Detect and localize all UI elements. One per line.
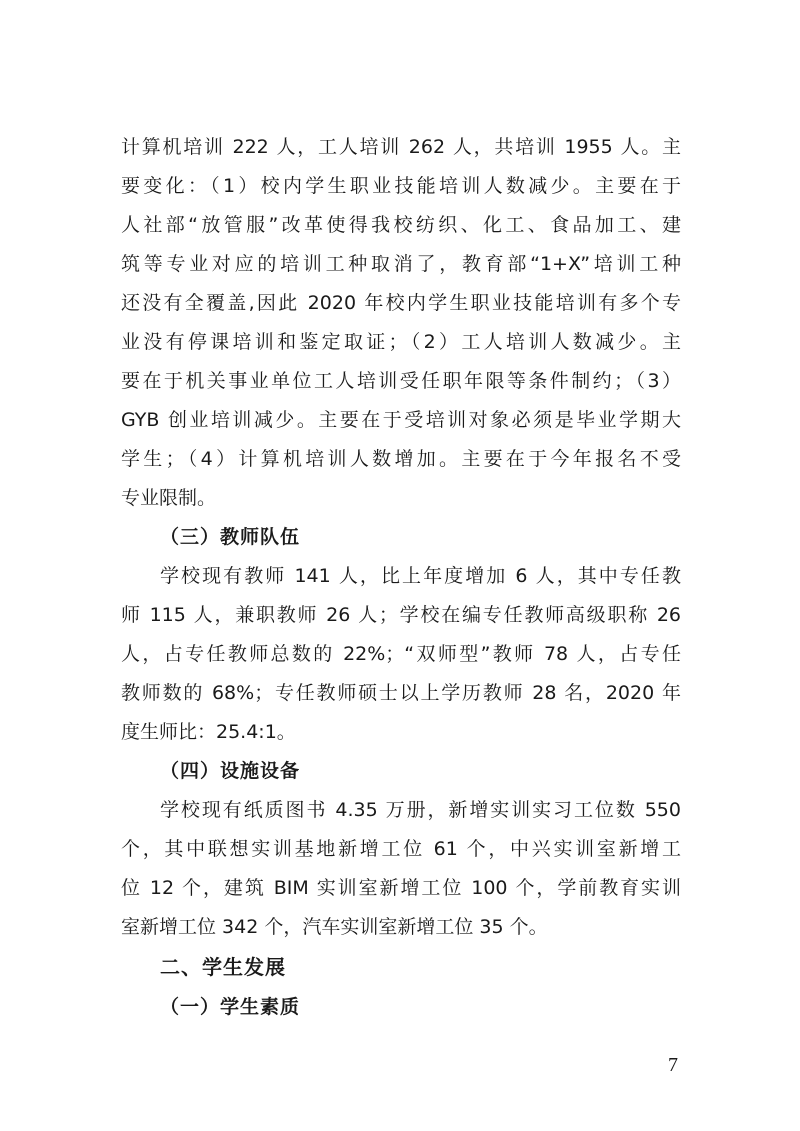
section-heading-teachers: （三）教师队伍	[160, 525, 300, 549]
text-line: 位 12 个，建筑 BIM 实训室新增工位 100 个，学前教育实训	[121, 876, 681, 900]
text-line: 计算机培训 222 人，工人培训 262 人，共培训 1955 人。主	[121, 135, 681, 159]
text-line: 要在于机关事业单位工人培训受任职年限等条件制约；（3）	[121, 369, 681, 393]
document-page: 计算机培训 222 人，工人培训 262 人，共培训 1955 人。主 要变化：…	[0, 0, 800, 1131]
text-line: 人，占专任教师总数的 22%；“双师型”教师 78 人，占专任	[121, 642, 681, 666]
text-line: 学校现有教师 141 人，比上年度增加 6 人，其中专任教	[160, 564, 681, 588]
text-line: 学校现有纸质图书 4.35 万册，新增实训实习工位数 550	[160, 798, 681, 822]
text-line: 学生；（4）计算机培训人数增加。主要在于今年报名不受	[121, 447, 681, 471]
text-line: 人社部“放管服”改革使得我校纺织、化工、食品加工、建	[121, 213, 681, 237]
text-line: 度生师比：25.4:1。	[121, 720, 681, 744]
text-line: 业没有停课培训和鉴定取证；（2）工人培训人数减少。主	[121, 330, 681, 354]
section-heading-student-quality: （一）学生素质	[160, 995, 300, 1019]
text-line: 专业限制。	[121, 486, 681, 510]
section-heading-facilities: （四）设施设备	[160, 759, 300, 783]
text-line: 筑等专业对应的培训工种取消了，教育部“1+X”培训工种	[121, 252, 681, 276]
text-line: 师 115 人，兼职教师 26 人；学校在编专任教师高级职称 26	[121, 603, 681, 627]
chapter-heading-student-development: 二、学生发展	[160, 955, 286, 979]
page-number: 7	[668, 1053, 678, 1077]
text-line: 教师数的 68%；专任教师硕士以上学历教师 28 名，2020 年	[121, 681, 681, 705]
text-line: 个，其中联想实训基地新增工位 61 个，中兴实训室新增工	[121, 837, 681, 861]
text-line: 室新增工位 342 个，汽车实训室新增工位 35 个。	[121, 915, 681, 939]
text-line: GYB 创业培训减少。主要在于受培训对象必须是毕业学期大	[121, 408, 681, 432]
text-line: 要变化：（1）校内学生职业技能培训人数减少。主要在于	[121, 174, 681, 198]
text-line: 还没有全覆盖,因此 2020 年校内学生职业技能培训有多个专	[121, 291, 681, 315]
